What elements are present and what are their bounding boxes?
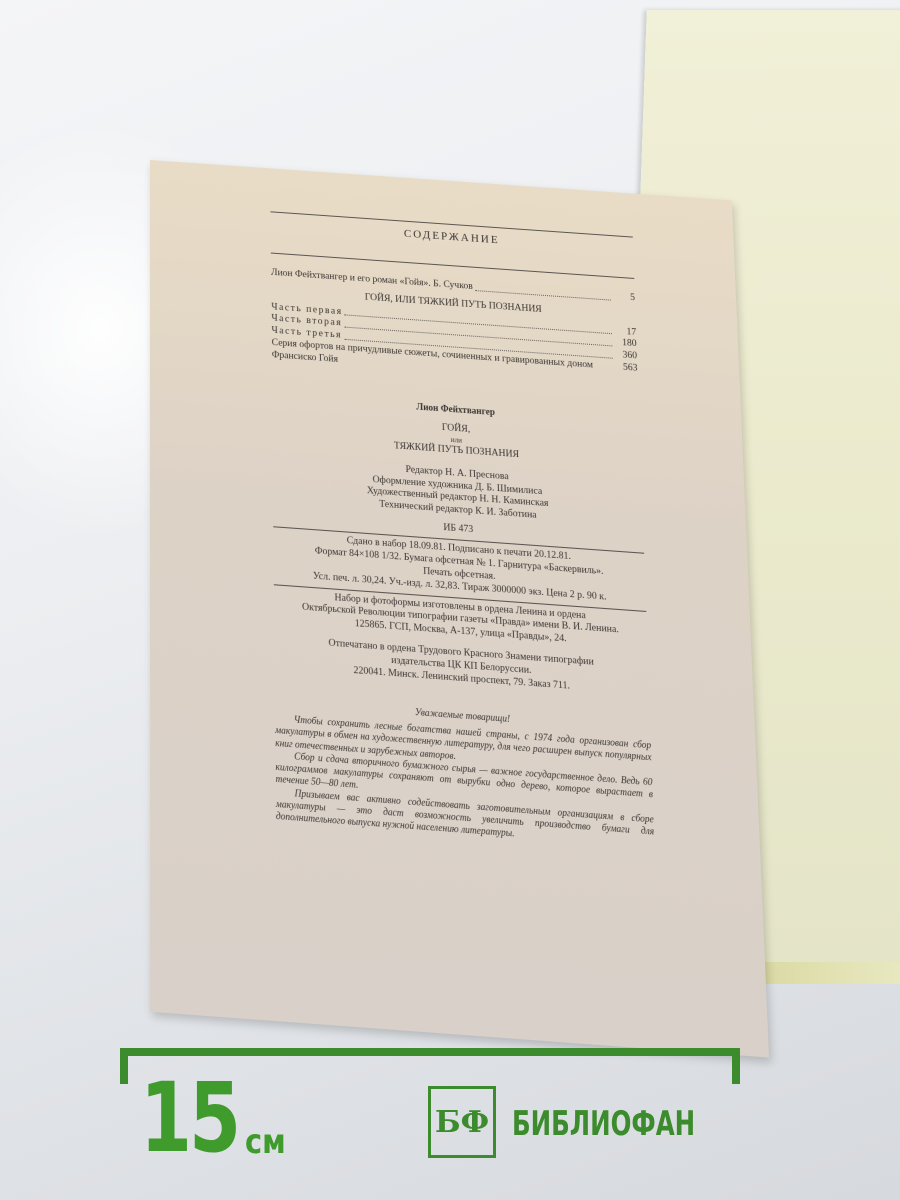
open-book-icon: БФ	[428, 1086, 496, 1158]
logo-name: БИБЛИОФАН	[512, 1104, 695, 1144]
size-unit: см	[245, 1122, 286, 1162]
title-block: Лион Фейхтвангер ГОЙЯ, или ТЯЖКИЙ ПУТЬ П…	[272, 391, 644, 550]
toc-entry-page: 5	[613, 291, 636, 305]
logo-monogram: БФ	[435, 1105, 489, 1140]
size-number: 15	[140, 1070, 238, 1166]
leader-dots	[475, 282, 611, 301]
typography-block: Набор и фотоформы изготовлены в ордена Л…	[274, 588, 650, 700]
book-page: СОДЕРЖАНИЕ Лион Фейхтвангер и его роман …	[150, 160, 769, 1058]
appeal-block: Уважаемые товарищи! Чтобы сохранить лесн…	[275, 696, 655, 850]
page-content: СОДЕРЖАНИЕ Лион Фейхтвангер и его роман …	[270, 208, 654, 850]
toc-entry-page: 563	[615, 362, 638, 388]
